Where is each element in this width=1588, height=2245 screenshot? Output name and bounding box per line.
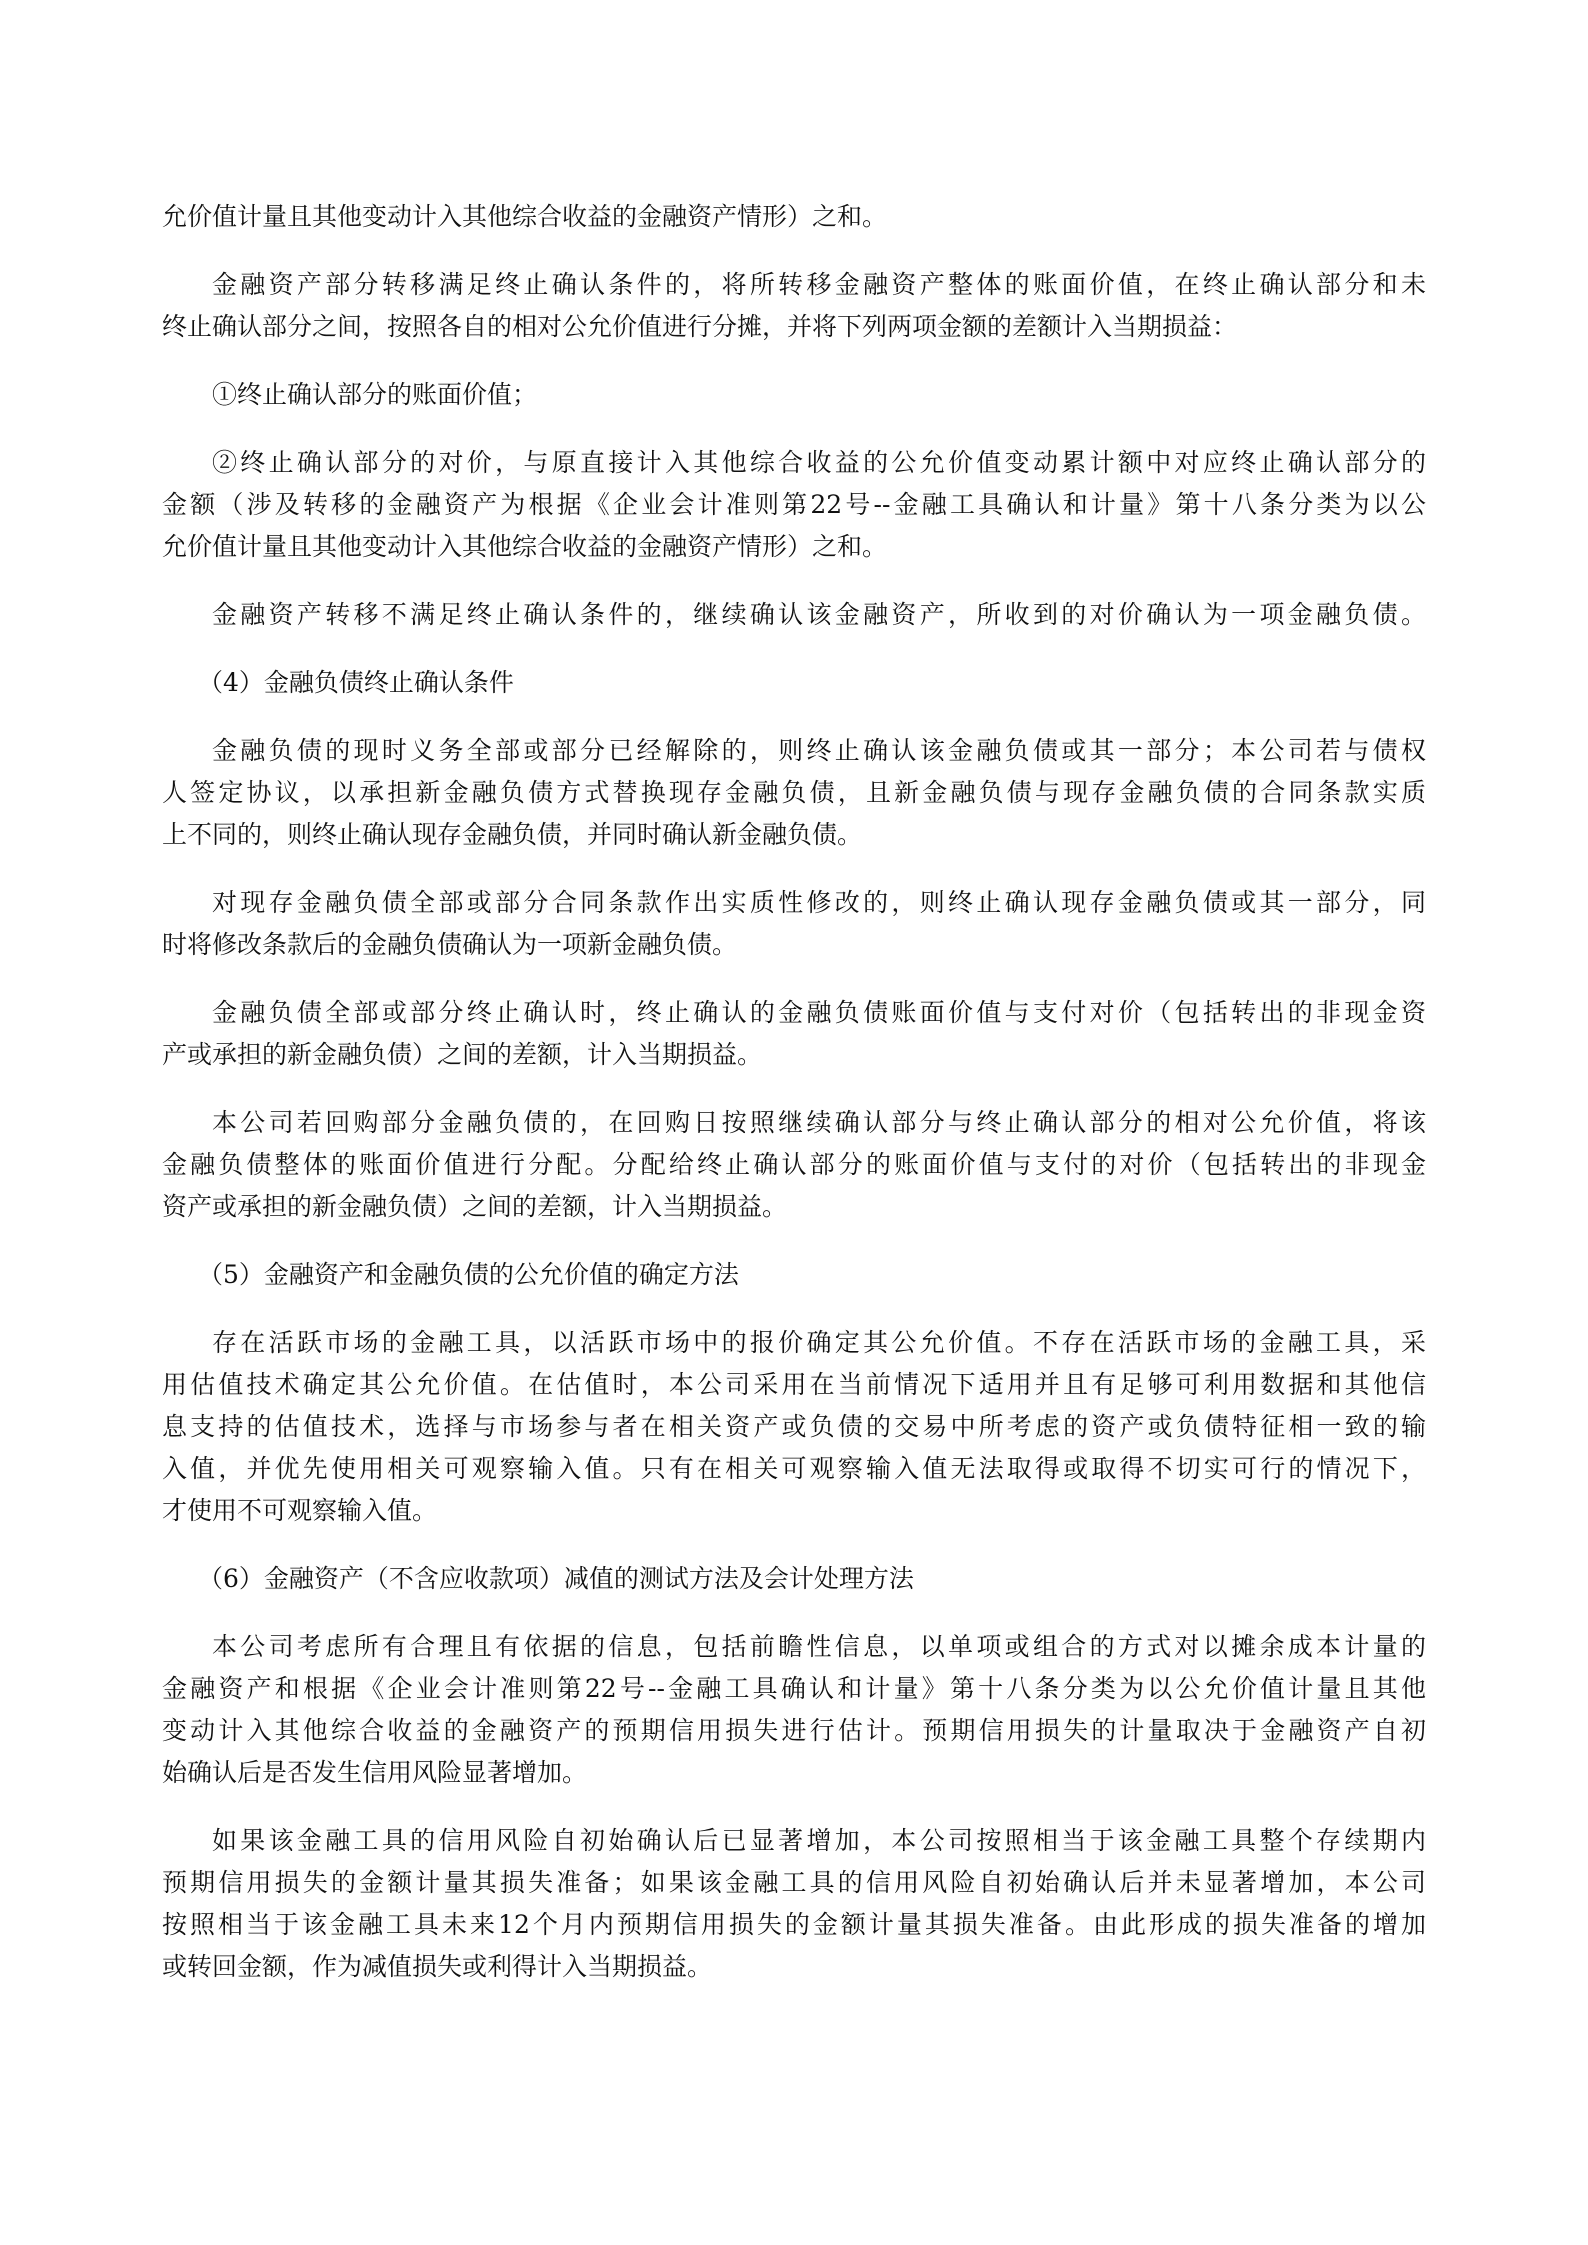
paragraph: 金融资产部分转移满足终止确认条件的，将所转移金融资产整体的账面价值，在终止确认部… [162,264,1426,348]
text-line: 时将修改条款后的金融负债确认为一项新金融负债。 [162,924,1426,966]
text-line: 按照相当于该金融工具未来12个月内预期信用损失的金额计量其损失准备。由此形成的损… [162,1904,1426,1946]
text-line: 息支持的估值技术，选择与市场参与者在相关资产或负债的交易中所考虑的资产或负债特征… [162,1406,1426,1448]
text-line: 始确认后是否发生信用风险显著增加。 [162,1752,1426,1794]
text-line: 金融资产转移不满足终止确认条件的，继续确认该金融资产，所收到的对价确认为一项金融… [162,594,1426,636]
list-item-1: ①终止确认部分的账面价值； [162,374,1426,416]
list-item-2: ②终止确认部分的对价，与原直接计入其他综合收益的公允价值变动累计额中对应终止确认… [162,442,1426,568]
section-heading-5: （5）金融资产和金融负债的公允价值的确定方法 [162,1254,1426,1296]
text-line: 金融负债的现时义务全部或部分已经解除的，则终止确认该金融负债或其一部分；本公司若… [162,730,1426,772]
heading-text: （4）金融负债终止确认条件 [162,662,1426,704]
text-line: 金融负债整体的账面价值进行分配。分配给终止确认部分的账面价值与支付的对价（包括转… [162,1144,1426,1186]
text-line: 产或承担的新金融负债）之间的差额，计入当期损益。 [162,1034,1426,1076]
text-line: 上不同的，则终止确认现存金融负债，并同时确认新金融负债。 [162,814,1426,856]
heading-text: （5）金融资产和金融负债的公允价值的确定方法 [162,1254,1426,1296]
text-line: 金融资产和根据《企业会计准则第22号--金融工具确认和计量》第十八条分类为以公允… [162,1668,1426,1710]
text-line: 金额（涉及转移的金融资产为根据《企业会计准则第22号--金融工具确认和计量》第十… [162,484,1426,526]
paragraph: 允价值计量且其他变动计入其他综合收益的金融资产情形）之和。 [162,196,1426,238]
paragraph: 存在活跃市场的金融工具，以活跃市场中的报价确定其公允价值。不存在活跃市场的金融工… [162,1322,1426,1532]
paragraph: 对现存金融负债全部或部分合同条款作出实质性修改的，则终止确认现存金融负债或其一部… [162,882,1426,966]
document-page: 允价值计量且其他变动计入其他综合收益的金融资产情形）之和。 金融资产部分转移满足… [162,196,1426,2014]
text-line: 本公司考虑所有合理且有依据的信息，包括前瞻性信息，以单项或组合的方式对以摊余成本… [162,1626,1426,1668]
text-line: 预期信用损失的金额计量其损失准备；如果该金融工具的信用风险自初始确认后并未显著增… [162,1862,1426,1904]
section-heading-4: （4）金融负债终止确认条件 [162,662,1426,704]
text-line: 存在活跃市场的金融工具，以活跃市场中的报价确定其公允价值。不存在活跃市场的金融工… [162,1322,1426,1364]
heading-text: （6）金融资产（不含应收款项）减值的测试方法及会计处理方法 [162,1558,1426,1600]
paragraph: 金融负债的现时义务全部或部分已经解除的，则终止确认该金融负债或其一部分；本公司若… [162,730,1426,856]
text-line: ②终止确认部分的对价，与原直接计入其他综合收益的公允价值变动累计额中对应终止确认… [162,442,1426,484]
text-line: 或转回金额，作为减值损失或利得计入当期损益。 [162,1946,1426,1988]
text-line: 金融负债全部或部分终止确认时，终止确认的金融负债账面价值与支付对价（包括转出的非… [162,992,1426,1034]
text-line: 允价值计量且其他变动计入其他综合收益的金融资产情形）之和。 [162,526,1426,568]
section-heading-6: （6）金融资产（不含应收款项）减值的测试方法及会计处理方法 [162,1558,1426,1600]
paragraph: 如果该金融工具的信用风险自初始确认后已显著增加，本公司按照相当于该金融工具整个存… [162,1820,1426,1988]
text-line: 变动计入其他综合收益的金融资产的预期信用损失进行估计。预期信用损失的计量取决于金… [162,1710,1426,1752]
text-line: 本公司若回购部分金融负债的，在回购日按照继续确认部分与终止确认部分的相对公允价值… [162,1102,1426,1144]
text-line: 入值，并优先使用相关可观察输入值。只有在相关可观察输入值无法取得或取得不切实可行… [162,1448,1426,1490]
paragraph: 本公司若回购部分金融负债的，在回购日按照继续确认部分与终止确认部分的相对公允价值… [162,1102,1426,1228]
paragraph: 金融资产转移不满足终止确认条件的，继续确认该金融资产，所收到的对价确认为一项金融… [162,594,1426,636]
paragraph: 金融负债全部或部分终止确认时，终止确认的金融负债账面价值与支付对价（包括转出的非… [162,992,1426,1076]
text-line: ①终止确认部分的账面价值； [162,374,1426,416]
text-line: 如果该金融工具的信用风险自初始确认后已显著增加，本公司按照相当于该金融工具整个存… [162,1820,1426,1862]
text-line: 允价值计量且其他变动计入其他综合收益的金融资产情形）之和。 [162,196,1426,238]
text-line: 终止确认部分之间，按照各自的相对公允价值进行分摊，并将下列两项金额的差额计入当期… [162,306,1426,348]
text-line: 才使用不可观察输入值。 [162,1490,1426,1532]
text-line: 金融资产部分转移满足终止确认条件的，将所转移金融资产整体的账面价值，在终止确认部… [162,264,1426,306]
text-line: 用估值技术确定其公允价值。在估值时，本公司采用在当前情况下适用并且有足够可利用数… [162,1364,1426,1406]
text-line: 资产或承担的新金融负债）之间的差额，计入当期损益。 [162,1186,1426,1228]
text-line: 人签定协议，以承担新金融负债方式替换现存金融负债，且新金融负债与现存金融负债的合… [162,772,1426,814]
paragraph: 本公司考虑所有合理且有依据的信息，包括前瞻性信息，以单项或组合的方式对以摊余成本… [162,1626,1426,1794]
text-line: 对现存金融负债全部或部分合同条款作出实质性修改的，则终止确认现存金融负债或其一部… [162,882,1426,924]
